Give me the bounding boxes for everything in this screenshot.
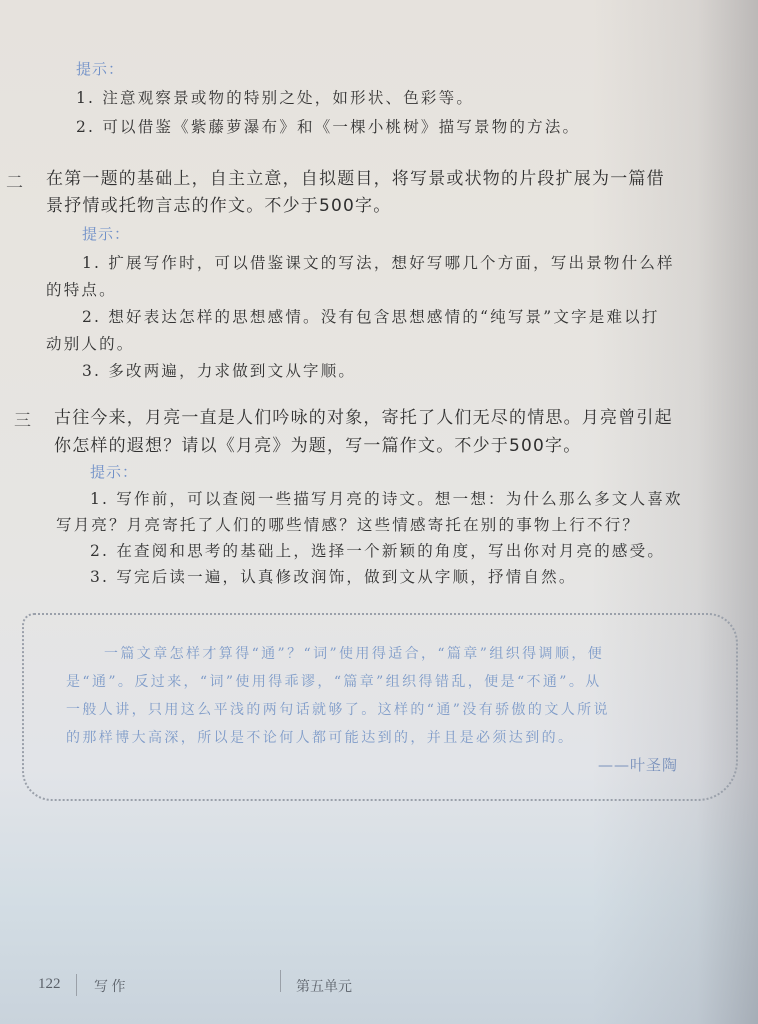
question-text: 在第一题的基础上，自主立意，自拟题目，将写景或状物的片段扩展为一篇借 [46, 164, 665, 189]
tip-item: 的特点。 [46, 278, 117, 300]
tip-label: 提示： [82, 223, 130, 244]
tip-item: 1. 扩展写作时，可以借鉴课文的写法，想好写哪几个方面，写出景物什么样 [82, 251, 675, 273]
tip-label: 提示： [76, 58, 124, 79]
page-number: 122 [38, 976, 61, 993]
question-text: 景抒情或托物言志的作文。不少于500字。 [46, 191, 391, 216]
footer-divider [280, 970, 281, 992]
question-number: 二 [6, 168, 23, 193]
quote-text: 的那样博大高深，所以是不论何人都可能达到的，并且是必须达到的。 [66, 727, 574, 747]
quote-text: 是“通”。反过来，“词”使用得乖谬，“篇章”组织得错乱，便是“不通”。从 [66, 671, 602, 691]
tip-item: 动别人的。 [46, 332, 135, 354]
textbook-page: 提示： 1. 注意观察景或物的特别之处，如形状、色彩等。 2. 可以借鉴《紫藤萝… [0, 0, 758, 1024]
tip-item: 2. 在查阅和思考的基础上，选择一个新颖的角度，写出你对月亮的感受。 [90, 539, 665, 561]
tip-item: 写月亮？月亮寄托了人们的哪些情感？这些情感寄托在别的事物上行不行？ [56, 513, 640, 535]
tip-item: 1. 注意观察景或物的特别之处，如形状、色彩等。 [76, 86, 474, 108]
footer-section: 写 作 [94, 976, 126, 996]
quote-text: 一般人讲，只用这么平浅的两句话就够了。这样的“通”没有骄傲的文人所说 [66, 699, 610, 719]
tip-label: 提示： [90, 461, 138, 482]
question-number: 三 [14, 406, 31, 431]
tip-item: 2. 可以借鉴《紫藤萝瀑布》和《一棵小桃树》描写景物的方法。 [76, 115, 580, 137]
tip-item: 1. 写作前，可以查阅一些描写月亮的诗文。想一想：为什么那么多文人喜欢 [90, 487, 683, 509]
tip-item: 3. 多改两遍，力求做到文从字顺。 [82, 359, 356, 381]
footer-unit: 第五单元 [296, 976, 352, 996]
quote-text: 一篇文章怎样才算得“通”？“词”使用得适合，“篇章”组织得调顺，便 [104, 643, 604, 663]
tip-item: 3. 写完后读一遍，认真修改润饰，做到文从字顺，抒情自然。 [90, 565, 577, 587]
tip-item: 2. 想好表达怎样的思想感情。没有包含思想感情的“纯写景”文字是难以打 [82, 305, 660, 327]
quote-author: ——叶圣陶 [598, 754, 678, 775]
question-text: 古往今来，月亮一直是人们吟咏的对象，寄托了人们无尽的情思。月亮曾引起 [54, 403, 673, 428]
question-text: 你怎样的遐想？请以《月亮》为题，写一篇作文。不少于500字。 [54, 431, 581, 456]
footer-divider [76, 974, 77, 996]
